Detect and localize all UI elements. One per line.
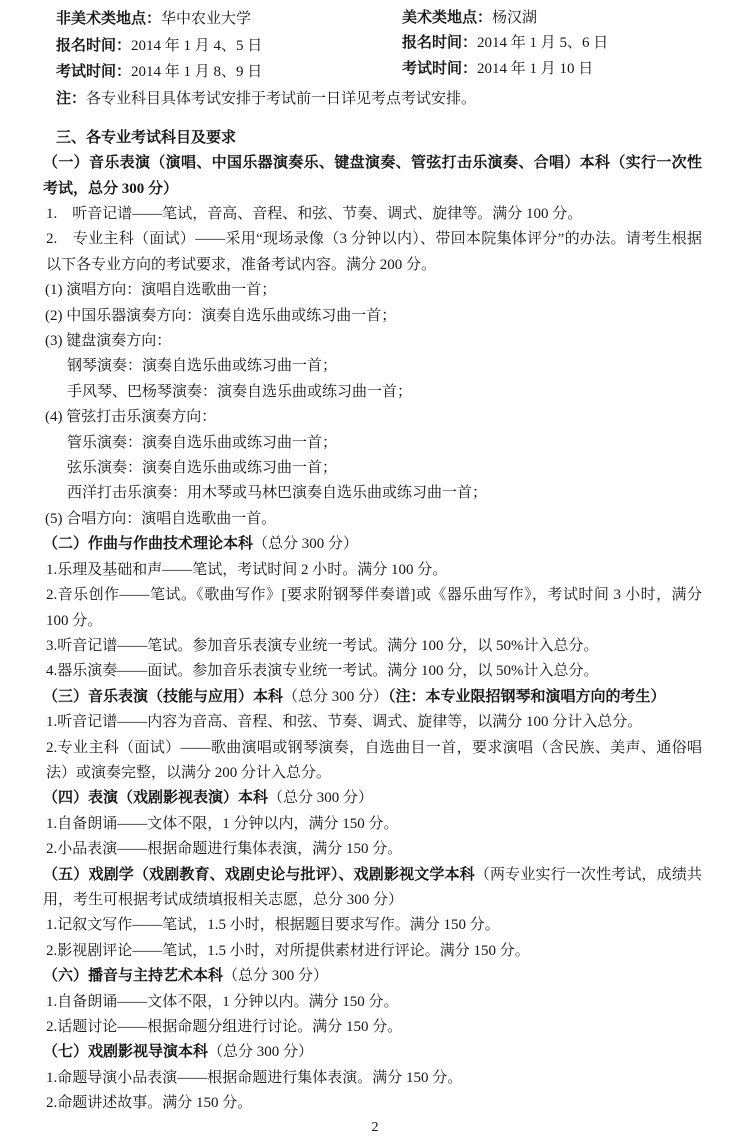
section-2-item: 3.听音记谱——笔试。参加音乐表演专业统一考试。满分 100 分，以 50%计入… xyxy=(46,634,702,659)
art-venue-label: 美术类地点： xyxy=(402,10,492,26)
section-1-subitem: 弦乐演奏：演奏自选乐曲或练习曲一首； xyxy=(67,456,702,481)
non-art-registration-label: 报名时间： xyxy=(56,38,131,54)
section-5-heading-bold: （五）戏剧学（戏剧教育、戏剧史论与批评）、戏剧影视文学本科 xyxy=(43,867,475,883)
section-1-heading: （一）音乐表演（演唱、中国乐器演奏乐、键盘演奏、管弦打击乐演奏、合唱）本科（实行… xyxy=(43,151,702,202)
note-label: 注： xyxy=(56,91,86,107)
section-4-heading-bold: （四）表演（戏剧影视表演）本科 xyxy=(43,790,268,806)
section-1-item: (3) 键盘演奏方向： xyxy=(45,329,702,354)
art-exam-row: 考试时间：2014 年 1 月 10 日 xyxy=(402,57,702,82)
section-1-subitem: 管乐演奏：演奏自选乐曲或练习曲一首； xyxy=(67,431,702,456)
section-4-item: 1.自备朗诵——文体不限，1 分钟以内，满分 150 分。 xyxy=(46,812,702,837)
non-art-registration-row: 报名时间：2014 年 1 月 4、5 日 xyxy=(56,33,402,60)
section-3-heading-score: （总分 300 分） xyxy=(283,689,388,705)
section-7-item: 1.命题导演小品表演——根据命题进行集体表演。满分 150 分。 xyxy=(46,1066,702,1091)
section-1-subitem: 钢琴演奏：演奏自选乐曲或练习曲一首； xyxy=(67,354,702,379)
section-7-heading-bold: （七）戏剧影视导演本科 xyxy=(43,1044,208,1060)
section-6-heading-bold: （六）播音与主持艺术本科 xyxy=(43,968,223,984)
section-1-item: (4) 管弦打击乐演奏方向： xyxy=(45,405,702,430)
non-art-exam-row: 考试时间：2014 年 1 月 8、9 日 xyxy=(56,59,402,86)
section-5-heading: （五）戏剧学（戏剧教育、戏剧史论与批评）、戏剧影视文学本科（两专业实行一次性考试… xyxy=(43,863,702,914)
section-7-heading: （七）戏剧影视导演本科（总分 300 分） xyxy=(43,1040,702,1065)
section-1-subitem: 西洋打击乐演奏：用木琴或马林巴演奏自选乐曲或练习曲一首； xyxy=(67,481,702,506)
chapter-title: 三、各专业考试科目及要求 xyxy=(56,126,702,151)
section-7-heading-score: （总分 300 分） xyxy=(208,1044,313,1060)
section-2-heading-bold: （二）作曲与作曲技术理论本科 xyxy=(43,536,253,552)
section-5-item: 2.影视剧评论——笔试，1.5 小时，对所提供素材进行评论。满分 150 分。 xyxy=(46,939,702,964)
non-art-registration-value: 2014 年 1 月 4、5 日 xyxy=(131,38,262,54)
section-3-heading-bold: （三）音乐表演（技能与应用）本科 xyxy=(43,689,283,705)
non-art-venue-label: 非美术类地点： xyxy=(56,11,161,27)
section-6-heading: （六）播音与主持艺术本科（总分 300 分） xyxy=(43,964,702,989)
section-3-item: 2.专业主科（面试）——歌曲演唱或钢琴演奏，自选曲目一首，要求演唱（含民族、美声… xyxy=(46,736,702,787)
section-5-item: 1.记叙文写作——笔试，1.5 小时，根据题目要求写作。满分 150 分。 xyxy=(46,913,702,938)
section-1-subitem: 手风琴、巴杨琴演奏：演奏自选乐曲或练习曲一首； xyxy=(67,380,702,405)
art-exam-label: 考试时间： xyxy=(402,61,477,77)
art-registration-row: 报名时间：2014 年 1 月 5、6 日 xyxy=(402,31,702,56)
non-art-venue-value: 华中农业大学 xyxy=(161,11,251,27)
section-4-heading-score: （总分 300 分） xyxy=(268,790,373,806)
section-1-item: (2) 中国乐器演奏方向：演奏自选乐曲或练习曲一首； xyxy=(45,304,702,329)
section-1-item: (5) 合唱方向：演唱自选歌曲一首。 xyxy=(45,507,702,532)
art-registration-value: 2014 年 1 月 5、6 日 xyxy=(477,35,608,51)
art-exam-value: 2014 年 1 月 10 日 xyxy=(477,61,593,77)
info-column-art: 美术类地点：杨汉湖 报名时间：2014 年 1 月 5、6 日 考试时间：201… xyxy=(402,6,702,86)
section-2-heading-score: （总分 300 分） xyxy=(253,536,358,552)
document-page: 非美术类地点：华中农业大学 报名时间：2014 年 1 月 4、5 日 考试时间… xyxy=(0,0,750,1146)
document-content: 非美术类地点：华中农业大学 报名时间：2014 年 1 月 4、5 日 考试时间… xyxy=(0,0,750,1117)
section-3-heading: （三）音乐表演（技能与应用）本科（总分 300 分）（注：本专业限招钢琴和演唱方… xyxy=(43,685,702,710)
section-6-item: 2.话题讨论——根据命题分组进行讨论。满分 150 分。 xyxy=(46,1015,702,1040)
section-1-item: 1. 听音记谱——笔试，音高、音程、和弦、节奏、调式、旋律等。满分 100 分。 xyxy=(46,202,702,227)
section-1-item: (1) 演唱方向：演唱自选歌曲一首； xyxy=(45,278,702,303)
section-1-heading-text: （一）音乐表演（演唱、中国乐器演奏乐、键盘演奏、管弦打击乐演奏、合唱）本科（实行… xyxy=(43,155,702,196)
non-art-exam-label: 考试时间： xyxy=(56,64,131,80)
art-registration-label: 报名时间： xyxy=(402,35,477,51)
info-column-non-art: 非美术类地点：华中农业大学 报名时间：2014 年 1 月 4、5 日 考试时间… xyxy=(56,6,402,86)
page-number: 2 xyxy=(0,1120,750,1136)
art-venue-value: 杨汉湖 xyxy=(492,10,537,26)
section-7-item: 2.命题讲述故事。满分 150 分。 xyxy=(46,1091,702,1116)
note-text: 各专业科目具体考试安排于考试前一日详见考点考试安排。 xyxy=(86,91,476,107)
section-3-heading-note: （注：本专业限招钢琴和演唱方向的考生） xyxy=(388,689,666,705)
section-2-item: 4.器乐演奏——面试。参加音乐表演专业统一考试。满分 100 分，以 50%计入… xyxy=(46,659,702,684)
section-6-item: 1.自备朗诵——文体不限，1 分钟以内。满分 150 分。 xyxy=(46,990,702,1015)
section-2-item: 2.音乐创作——笔试。《歌曲写作》[要求附钢琴伴奏谱]或《器乐曲写作》，考试时间… xyxy=(46,583,702,634)
non-art-venue-row: 非美术类地点：华中农业大学 xyxy=(56,6,402,33)
note-row: 注：各专业科目具体考试安排于考试前一日详见考点考试安排。 xyxy=(56,86,702,112)
exam-info-block: 非美术类地点：华中农业大学 报名时间：2014 年 1 月 4、5 日 考试时间… xyxy=(40,6,702,86)
section-6-heading-score: （总分 300 分） xyxy=(223,968,328,984)
section-4-heading: （四）表演（戏剧影视表演）本科（总分 300 分） xyxy=(43,786,702,811)
section-4-item: 2.小品表演——根据命题进行集体表演，满分 150 分。 xyxy=(46,837,702,862)
non-art-exam-value: 2014 年 1 月 8、9 日 xyxy=(131,64,262,80)
section-2-item: 1.乐理及基础和声——笔试，考试时间 2 小时。满分 100 分。 xyxy=(46,558,702,583)
section-2-heading: （二）作曲与作曲技术理论本科（总分 300 分） xyxy=(43,532,702,557)
section-3-item: 1.听音记谱——内容为音高、音程、和弦、节奏、调式、旋律等，以满分 100 分计… xyxy=(46,710,702,735)
art-venue-row: 美术类地点：杨汉湖 xyxy=(402,6,702,31)
section-1-item: 2. 专业主科（面试）——采用“现场录像（3 分钟以内）、带回本院集体评分”的办… xyxy=(46,227,702,278)
